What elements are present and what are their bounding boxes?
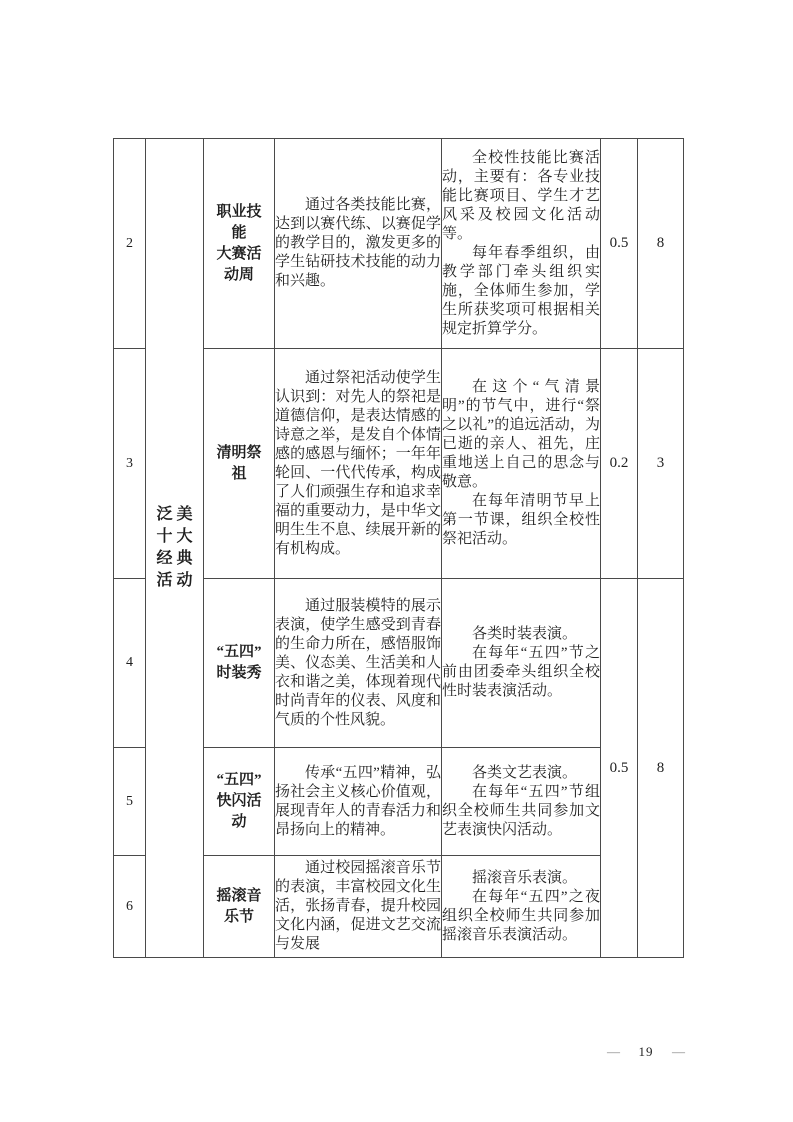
credit-value-cell: 0.2: [601, 349, 638, 579]
points-value: 3: [657, 455, 665, 471]
activity-name-cell: “五四” 时装秀: [204, 579, 275, 748]
activity-name-line: 摇滚音: [204, 886, 274, 907]
points-value-cell: 8: [638, 579, 684, 958]
organization-paragraph: 在每年“五四”之夜组织全校师生共同参加摇滚音乐表演活动。: [442, 888, 600, 945]
activity-description-cell: 通过祭祀活动使学生认识到：对先人的祭祀是道德信仰，是表达情感的诗意之举，是发自个…: [275, 349, 442, 579]
activity-name-line: 职业技: [204, 202, 274, 223]
activity-name-line: “五四”: [204, 770, 274, 791]
row-number-cell: 5: [114, 748, 146, 856]
organization-paragraph: 各类文艺表演。: [442, 764, 600, 783]
activity-description-cell: 通过服装模特的展示表演，使学生感受到青春的生命力所在，感悟服饰美、仪态美、生活美…: [275, 579, 442, 748]
organization-cell: 全校性技能比赛活动，主要有：各专业技能比赛项目、学生才艺风采及校园文化活动等。 …: [442, 139, 601, 349]
activity-name-cell: 清明祭 祖: [204, 349, 275, 579]
description-paragraph: 通过各类技能比赛，达到以赛代练、以赛促学的教学目的，激发更多的学生钻研技术技能的…: [275, 196, 441, 291]
description-paragraph: 通过服装模特的展示表演，使学生感受到青春的生命力所在，感悟服饰美、仪态美、生活美…: [275, 597, 441, 730]
row-number: 5: [126, 794, 133, 809]
points-value: 8: [657, 760, 665, 776]
organization-cell: 各类时装表演。 在每年“五四”节之前由团委牵头组织全校性时装表演活动。: [442, 579, 601, 748]
credit-value-cell: 0.5: [601, 139, 638, 349]
activity-name-line: “五四”: [204, 642, 274, 663]
organization-paragraph: 在这个“气清景明”的节气中，进行“祭之以礼”的追远活动，为已逝的亲人、祖先，庄重…: [442, 378, 600, 492]
activity-name-line: 乐节: [204, 907, 274, 928]
organization-paragraph: 各类时装表演。: [442, 625, 600, 644]
credit-value: 0.2: [610, 455, 629, 471]
organization-cell: 各类文艺表演。 在每年“五四”节组织全校师生共同参加文艺表演快闪活动。: [442, 748, 601, 856]
credit-value: 0.5: [610, 235, 629, 251]
activity-name-line: 快闪活: [204, 791, 274, 812]
activity-name-line: 时装秀: [204, 663, 274, 684]
credit-value-cell: 0.5: [601, 579, 638, 958]
row-number: 6: [126, 899, 133, 914]
activity-name-cell: “五四” 快闪活 动: [204, 748, 275, 856]
organization-paragraph: 在每年清明节早上第一节课，组织全校性祭祀活动。: [442, 492, 600, 549]
description-paragraph: 通过祭祀活动使学生认识到：对先人的祭祀是道德信仰，是表达情感的诗意之举，是发自个…: [275, 369, 441, 559]
category-line: 经典: [146, 548, 204, 570]
activity-name-cell: 职业技 能 大赛活 动周: [204, 139, 275, 349]
row-number: 3: [126, 456, 133, 471]
row-number-cell: 3: [114, 349, 146, 579]
page-number-value: 19: [639, 1044, 654, 1060]
row-number-cell: 4: [114, 579, 146, 748]
activity-description-cell: 通过校园摇滚音乐节的表演，丰富校园文化生活，张扬青春，提升校园文化内涵，促进文艺…: [275, 856, 442, 958]
organization-paragraph: 在每年“五四”节组织全校师生共同参加文艺表演快闪活动。: [442, 783, 600, 840]
organization-cell: 在这个“气清景明”的节气中，进行“祭之以礼”的追远活动，为已逝的亲人、祖先，庄重…: [442, 349, 601, 579]
activity-name-line: 动: [204, 812, 274, 833]
organization-paragraph: 每年春季组织，由教学部门牵头组织实施，全体师生参加，学生所获奖项可根据相关规定折…: [442, 244, 600, 339]
activity-description-cell: 通过各类技能比赛，达到以赛代练、以赛促学的教学目的，激发更多的学生钻研技术技能的…: [275, 139, 442, 349]
category-line: 活动: [146, 570, 204, 592]
category-line: 十大: [146, 526, 204, 548]
row-number-cell: 2: [114, 139, 146, 349]
category-line: 泛美: [146, 504, 204, 526]
credit-value: 0.5: [610, 760, 629, 776]
row-number-cell: 6: [114, 856, 146, 958]
organization-paragraph: 摇滚音乐表演。: [442, 869, 600, 888]
activity-name-line: 动周: [204, 265, 274, 286]
page-number: — 19 —: [607, 1044, 685, 1060]
activity-name-line: 能: [204, 223, 274, 244]
activity-name-line: 大赛活: [204, 244, 274, 265]
points-value-cell: 3: [638, 349, 684, 579]
organization-paragraph: 在每年“五四”节之前由团委牵头组织全校性时装表演活动。: [442, 644, 600, 701]
activity-name-cell: 摇滚音 乐节: [204, 856, 275, 958]
row-number: 4: [126, 655, 133, 670]
points-value-cell: 8: [638, 139, 684, 349]
organization-cell: 摇滚音乐表演。 在每年“五四”之夜组织全校师生共同参加摇滚音乐表演活动。: [442, 856, 601, 958]
activity-name-line: 清明祭: [204, 443, 274, 464]
page-number-dash-right: —: [672, 1044, 685, 1060]
activity-description-cell: 传承“五四”精神，弘扬社会主义核心价值观，展现青年人的青春活力和昂扬向上的精神。: [275, 748, 442, 856]
organization-paragraph: 全校性技能比赛活动，主要有：各专业技能比赛项目、学生才艺风采及校园文化活动等。: [442, 149, 600, 244]
activities-table: 2 泛美 十大 经典 活动 职业技 能 大赛活 动周 通过各类技能比赛，达到以赛…: [113, 138, 684, 958]
category-cell: 泛美 十大 经典 活动: [146, 139, 204, 958]
activity-name-line: 祖: [204, 464, 274, 485]
page-number-dash-left: —: [607, 1044, 620, 1060]
description-paragraph: 通过校园摇滚音乐节的表演，丰富校园文化生活，张扬青春，提升校园文化内涵，促进文艺…: [275, 859, 441, 954]
row-number: 2: [126, 236, 133, 251]
table-row: 2 泛美 十大 经典 活动 职业技 能 大赛活 动周 通过各类技能比赛，达到以赛…: [114, 139, 684, 349]
points-value: 8: [657, 235, 665, 251]
description-paragraph: 传承“五四”精神，弘扬社会主义核心价值观，展现青年人的青春活力和昂扬向上的精神。: [275, 764, 441, 840]
